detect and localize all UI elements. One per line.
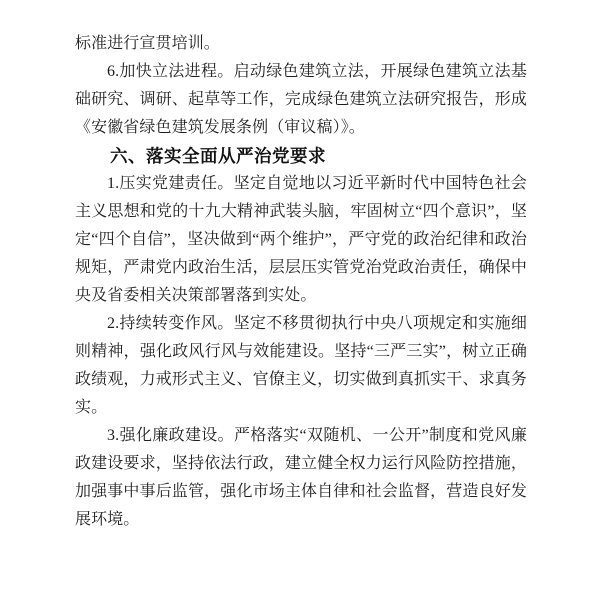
body-paragraph-work-style: 2.持续转变作风。坚定不移贯彻执行中央八项规定和实施细则精神，强化政风行风与效能…: [75, 310, 527, 422]
section-heading: 六、落实全面从严治党要求: [75, 142, 527, 170]
document-page: 标准进行宣贯培训。 6.加快立法进程。启动绿色建筑立法，开展绿色建筑立法基础研究…: [0, 0, 600, 600]
body-paragraph-party-building: 1.压实党建责任。坚定自觉地以习近平新时代中国特色社会主义思想和党的十九大精神武…: [75, 170, 527, 310]
body-paragraph-continuation: 标准进行宣贯培训。: [75, 30, 527, 58]
body-paragraph-legislation: 6.加快立法进程。启动绿色建筑立法，开展绿色建筑立法基础研究、调研、起草等工作，…: [75, 58, 527, 142]
body-paragraph-clean-governance: 3.强化廉政建设。严格落实“双随机、一公开”制度和党风廉政建设要求，坚持依法行政…: [75, 422, 527, 534]
